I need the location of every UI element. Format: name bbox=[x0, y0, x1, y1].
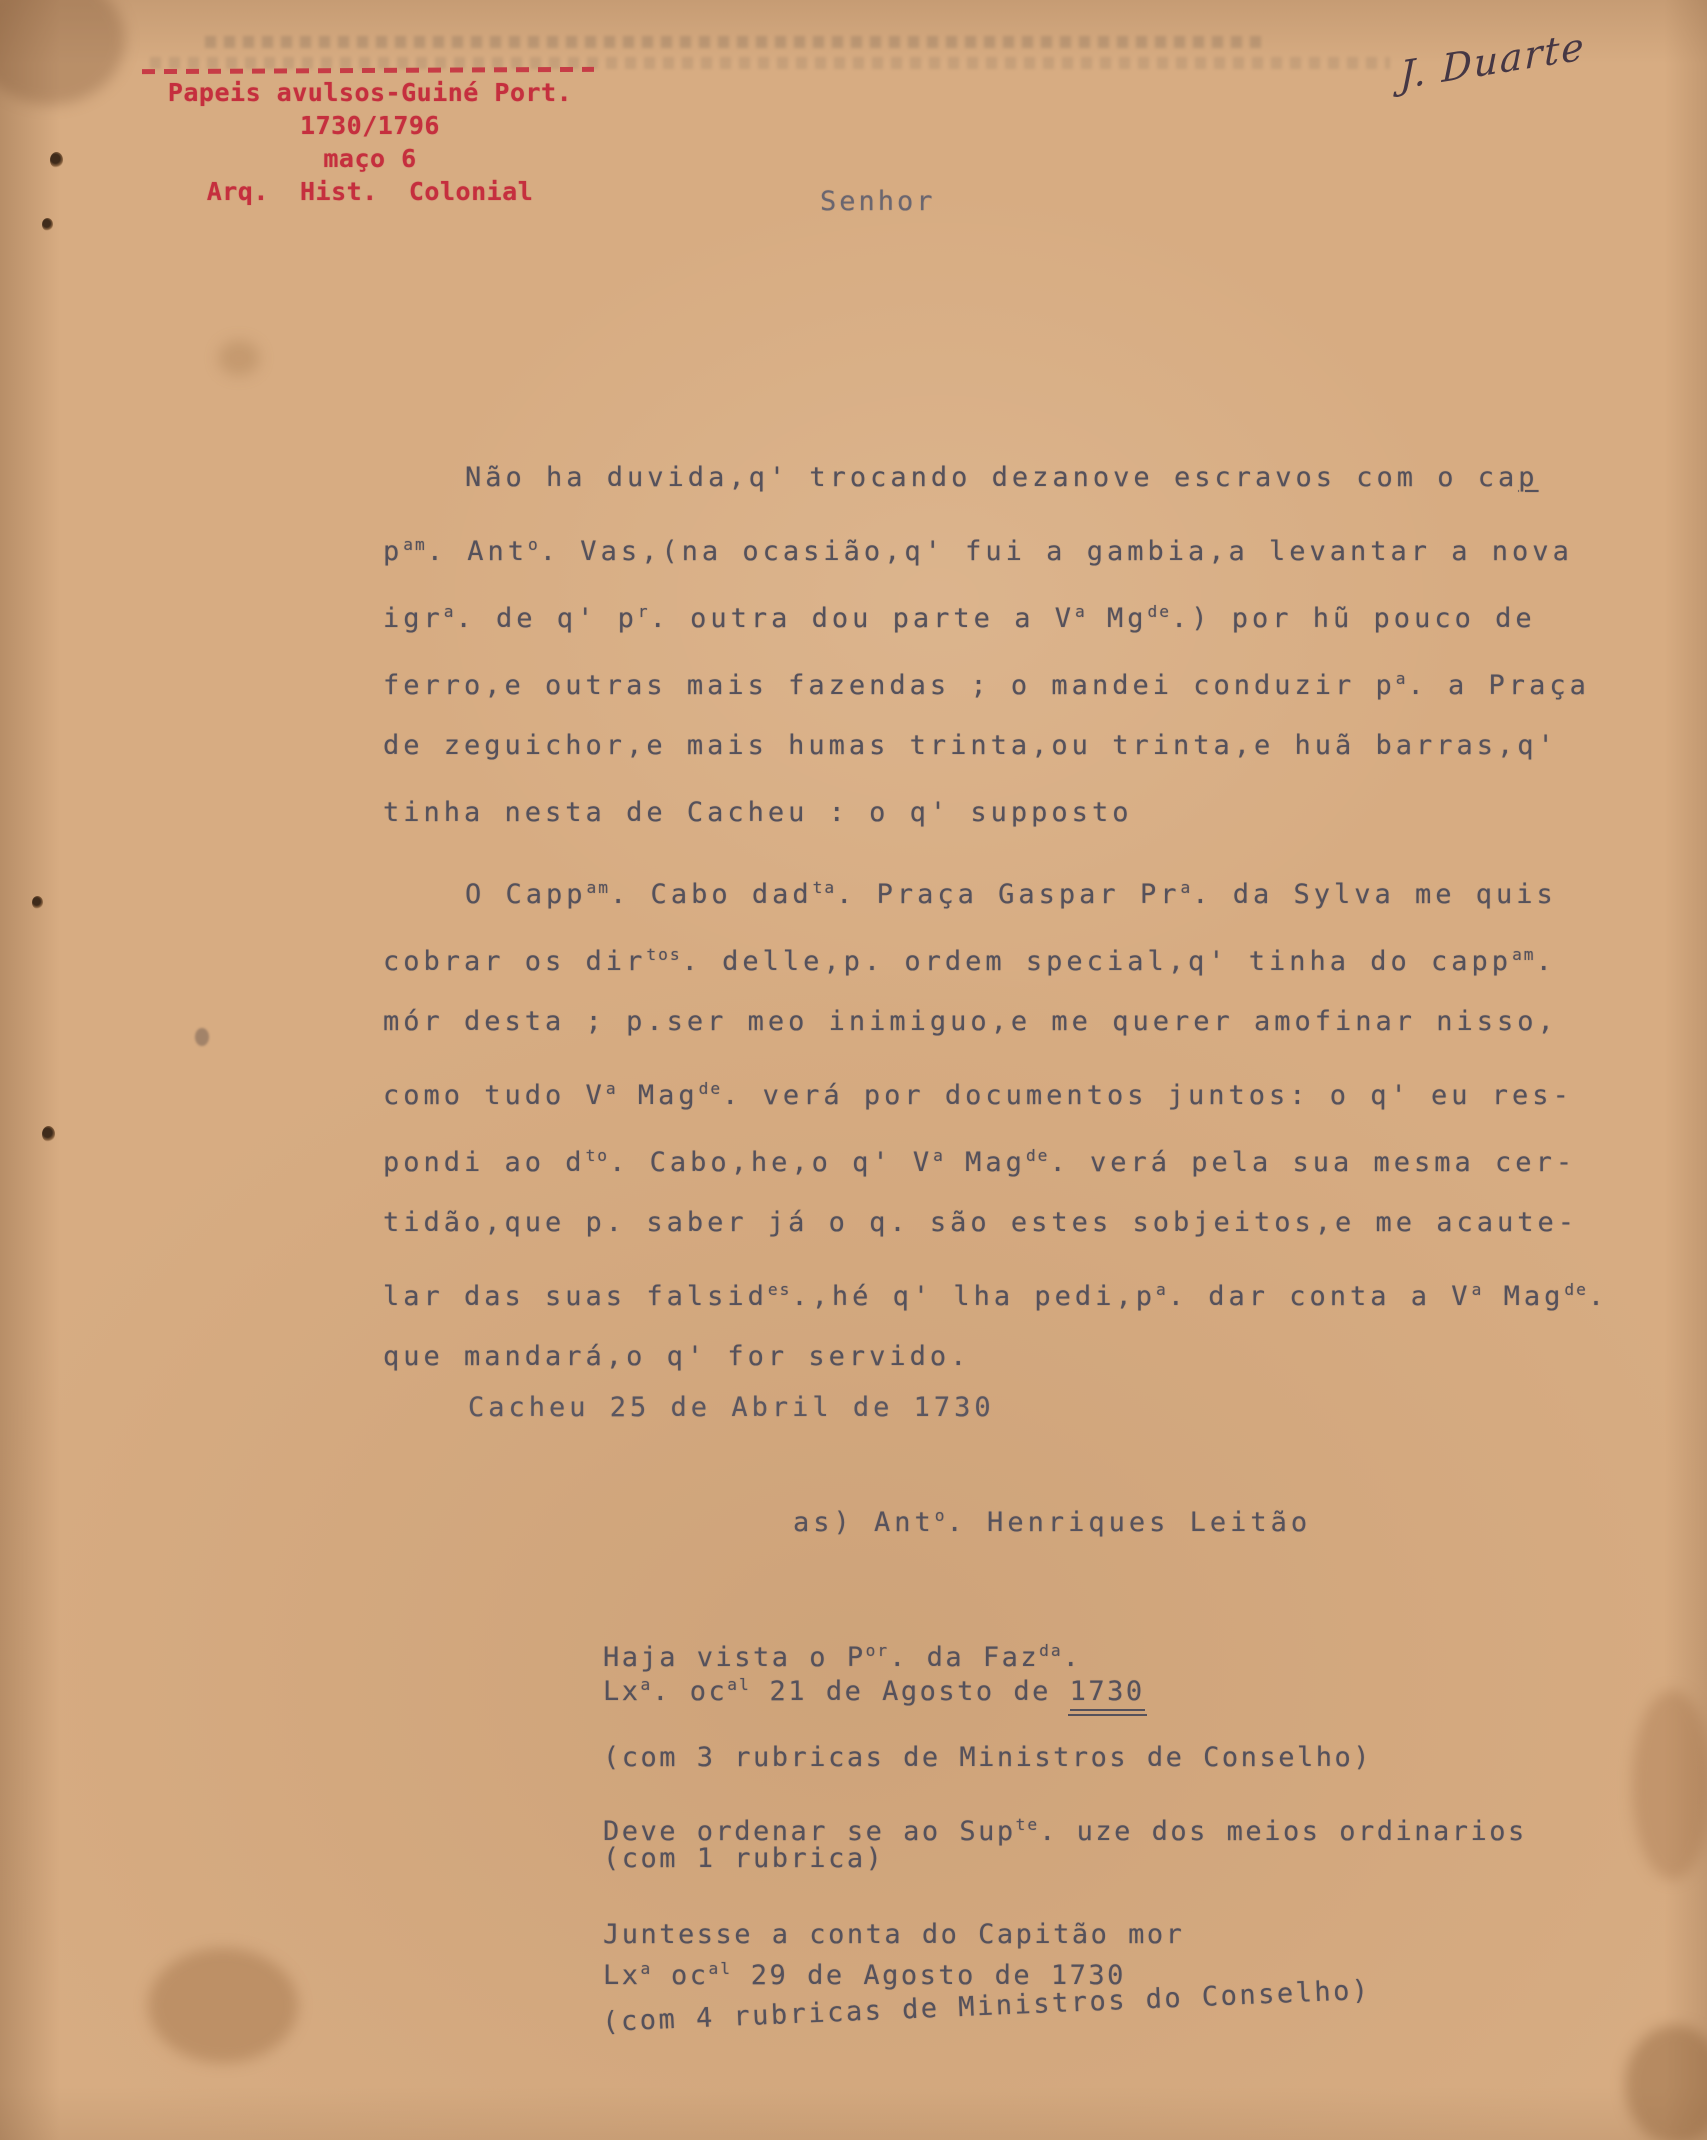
punch-hole bbox=[32, 896, 43, 909]
punch-hole bbox=[50, 152, 63, 168]
annotation-deve-ordenar: Deve ordenar se ao Supte. uze dos meios … bbox=[603, 1808, 1527, 1876]
paper-stain bbox=[195, 1028, 209, 1046]
dateline: Cacheu 25 de Abril de 1730 bbox=[468, 1392, 995, 1423]
document-page: Papeis avulsos-Guiné Port.1730/1796maço … bbox=[0, 0, 1707, 2140]
text-line: Lxa ocal 29 de Agosto de 1730 bbox=[603, 1952, 1184, 1986]
text-line: maço 6 bbox=[140, 142, 600, 175]
handwritten-annotation: J. Duarte bbox=[1399, 6, 1696, 98]
paper-stain bbox=[218, 340, 260, 376]
text-line: Juntesse a conta do Capitão mor bbox=[603, 1918, 1184, 1952]
text-line: 1730/1796 bbox=[140, 109, 600, 142]
annotation-3-rubricas: (com 3 rubricas de Ministros de Conselho… bbox=[603, 1741, 1372, 1775]
text-line: ferro,e outras mais fazendas ; o mandei … bbox=[383, 645, 1663, 712]
text-line: pam. Anto. Vas,(na ocasião,q' fui a gamb… bbox=[383, 511, 1663, 578]
text-line: Arq. Hist. Colonial bbox=[140, 175, 600, 208]
salutation: Senhor bbox=[820, 186, 936, 217]
text-line: que mandará,o q' for servido. bbox=[383, 1323, 1663, 1390]
paper-stain bbox=[0, 0, 125, 105]
text-line: lar das suas falsides.,hé q' lha pedi,pa… bbox=[383, 1256, 1663, 1323]
stamp-dashed-line bbox=[142, 67, 594, 74]
text-line: O Cappam. Cabo dadta. Praça Gaspar Pra. … bbox=[383, 854, 1663, 921]
text-line: pondi ao dto. Cabo,he,o q' Va Magde. ver… bbox=[383, 1122, 1663, 1189]
text-line: (com 3 rubricas de Ministros de Conselho… bbox=[603, 1741, 1372, 1775]
annotation-juntesse: Juntesse a conta do Capitão morLxa ocal … bbox=[603, 1918, 1184, 1986]
text-line: Deve ordenar se ao Supte. uze dos meios … bbox=[603, 1808, 1527, 1842]
body-paragraph-1: Não ha duvida,q' trocando dezanove escra… bbox=[383, 444, 1663, 846]
text-line: de zeguichor,e mais humas trinta,ou trin… bbox=[383, 712, 1663, 779]
text-line: cobrar os dirtos. delle,p. ordem special… bbox=[383, 921, 1663, 988]
paper-stain bbox=[1625, 2025, 1707, 2140]
text-line: Lxa. ocal 21 de Agosto de 1730 bbox=[603, 1668, 1145, 1702]
text-line: mór desta ; p.ser meo inimiguo,e me quer… bbox=[383, 988, 1663, 1055]
annotation-haja-vista: Haja vista o Por. da Fazda.Lxa. ocal 21 … bbox=[603, 1634, 1145, 1702]
body-paragraph-2: O Cappam. Cabo dadta. Praça Gaspar Pra. … bbox=[383, 854, 1663, 1390]
text-line: Haja vista o Por. da Fazda. bbox=[603, 1634, 1145, 1668]
text-line: como tudo Va Magde. verá por documentos … bbox=[383, 1055, 1663, 1122]
text-line: tidão,que p. saber já o q. são estes sob… bbox=[383, 1189, 1663, 1256]
archive-stamp: Papeis avulsos-Guiné Port.1730/1796maço … bbox=[140, 76, 600, 208]
text-line: Não ha duvida,q' trocando dezanove escra… bbox=[383, 444, 1663, 511]
text-line: tinha nesta de Cacheu : o q' supposto bbox=[383, 779, 1663, 846]
ghost-typing-impression bbox=[205, 36, 1265, 48]
punch-hole bbox=[42, 218, 53, 231]
signature-line: as) Anto. Henriques Leitão bbox=[793, 1506, 1311, 1538]
paper-stain bbox=[1632, 1690, 1707, 1880]
text-line: Papeis avulsos-Guiné Port. bbox=[140, 76, 600, 109]
punch-hole bbox=[42, 1126, 55, 1142]
text-line: igra. de q' pr. outra dou parte a Va Mgd… bbox=[383, 578, 1663, 645]
text-line: (com 1 rubrica) bbox=[603, 1842, 1527, 1876]
paper-stain bbox=[148, 1948, 298, 2063]
